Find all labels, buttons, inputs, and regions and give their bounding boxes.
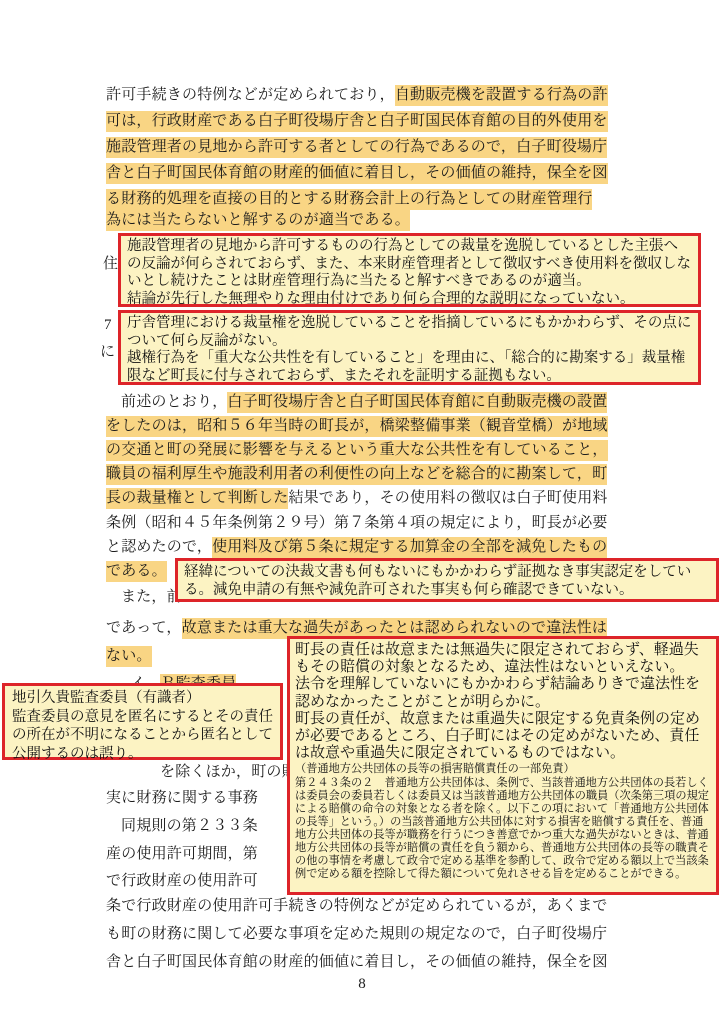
plain-text: 結果であり，その使用料の徴収は白子町使用料 <box>288 490 607 506</box>
highlighted-text: 舎と白子町国民体育館の財産的価値に着目し，その価値の維持，保全を図 <box>106 163 608 184</box>
annotation-box-discretion-rebuttal: 施設管理者の見地から許可するものの行為としての裁量を逸脱しているとした主張への反… <box>118 233 701 307</box>
annotation-text: 経緯についての決裁文書も何もないにもかかわらず証拠なき事実認定をしている。減免申… <box>178 561 716 601</box>
highlighted-text: ない。 <box>106 646 152 667</box>
annotation-box-no-documents: 経緯についての決裁文書も何もないにもかかわらず証拠なき事実認定をしている。減免申… <box>175 558 719 602</box>
text-line: 条で行政財産の使用許可手続きの特例などが定められているが，あくまで <box>106 897 608 916</box>
plain-text: 舎と白子町国民体育館の財産的価値に着目し，その価値の維持，保全を図 <box>106 954 608 970</box>
document-page: 許可手続きの特例などが定められており，自動販売機を設置する行為の許可は，行政財産… <box>0 0 724 1023</box>
text-line: 許可手続きの特例などが定められており，自動販売機を設置する行為の許 <box>106 86 608 105</box>
plain-text: で行政財産の使用許可 <box>106 873 258 889</box>
highlighted-text: 自動販売機を設置する行為の許 <box>395 85 608 106</box>
text-line: 7 <box>104 316 112 335</box>
plain-text: 条で行政財産の使用許可手続きの特例などが定められているが，あくまで <box>106 898 608 914</box>
plain-text: と認めたので， <box>106 539 212 555</box>
annotation-text: 庁舎管理における裁量権を逸脱していることを指摘しているにもかかわらず、その点につ… <box>121 313 698 387</box>
highlighted-text: 可は，行政財産である白子町役場庁舎と白子町国民体育館の目的外使用を <box>106 111 608 132</box>
highlighted-text: 職員の福利厚生や施設利用者の利便性の向上などを総合的に勘案して，町 <box>106 464 607 485</box>
annotation-text: 施設管理者の見地から許可するものの行為としての裁量を逸脱しているとした主張への反… <box>121 236 698 310</box>
annotation-box-mayor-liability: 町長の責任は故意または無過失に限定されておらず、軽過失もその賠償の対象となるため… <box>287 636 719 895</box>
plain-text: 条例（昭和４５年条例第２９号）第７条第４項の規定により，町長が必要 <box>106 515 608 531</box>
annotation-text-statute-quote: （普通地方公共団体の長等の損害賠償責任の一部免責） 第２４３条の２ 普通地方公共… <box>290 762 716 881</box>
text-line: で行政財産の使用許可 <box>106 872 258 891</box>
highlighted-text: る財務的処理を直接の目的とする財務会計上の行為としての財産管理行 <box>106 189 592 210</box>
text-line: も町の財務に関して必要な事項を定めた規則の規定なので，白子町役場庁 <box>106 925 607 944</box>
text-line: の交通と町の発展に影響を与えるという重大な公共性を有していること， <box>106 441 608 460</box>
highlighted-text: 使用料及び第５条に規定する加算金の全部を減免したもの <box>212 537 607 558</box>
text-line: ない。 <box>106 647 152 666</box>
text-line: 長の裁量権として判断した結果であり，その使用料の徴収は白子町使用料 <box>106 489 608 508</box>
highlighted-text: の交通と町の発展に影響を与えるという重大な公共性を有していること， <box>106 440 608 461</box>
highlighted-text: である。 <box>106 561 167 582</box>
page-number: 8 <box>0 976 724 993</box>
text-line: 舎と白子町国民体育館の財産的価値に着目し，その価値の維持，保全を図 <box>106 164 608 183</box>
plain-text: 住 <box>103 256 118 272</box>
text-line: る財務的処理を直接の目的とする財務会計上の行為としての財産管理行 <box>106 190 592 209</box>
annotation-box-auditor-anonymity: 地引久貴監査委員（有識者） 監査委員の意見を匿名にするとその責任の所在が不明にな… <box>2 683 283 760</box>
text-line: 職員の福利厚生や施設利用者の利便性の向上などを総合的に勘案して，町 <box>106 465 607 484</box>
plain-text: 実に財務に関する事務 <box>106 790 258 806</box>
plain-text: 前述のとおり， <box>121 394 227 410</box>
text-line: 為には当たらないと解するのが適当である。 <box>106 211 410 230</box>
text-line: 産の使用許可期間，第 <box>106 845 258 864</box>
plain-text: であって， <box>106 620 182 636</box>
plain-text: また，前 <box>121 589 182 605</box>
text-line: と認めたので，使用料及び第５条に規定する加算金の全部を減免したもの <box>106 538 607 557</box>
plain-text: 許可手続きの特例などが定められており， <box>106 87 395 103</box>
highlighted-text: 白子町役場庁舎と白子町国民体育館に自動販売機の設置 <box>227 392 607 413</box>
plain-text: 同規則の第２３３条 <box>121 818 258 834</box>
annotation-text-main: 町長の責任は故意または無過失に限定されておらず、軽過失もその賠償の対象となるため… <box>290 639 716 762</box>
highlighted-text: をしたのは，昭和５６年当時の町長が，橋梁整備事業（観音堂橋）が地域 <box>106 416 608 437</box>
text-line: また，前 <box>121 588 182 607</box>
highlighted-text: 長の裁量権として判断した <box>106 488 288 509</box>
text-line: をしたのは，昭和５６年当時の町長が，橋梁整備事業（観音堂橋）が地域 <box>106 417 608 436</box>
plain-text: も町の財務に関して必要な事項を定めた規則の規定なので，白子町役場庁 <box>106 926 607 942</box>
text-line: 可は，行政財産である白子町役場庁舎と白子町国民体育館の目的外使用を <box>106 112 608 131</box>
text-line: 住 <box>103 255 118 274</box>
plain-text: 7 <box>104 317 112 333</box>
text-line: 施設管理者の見地から許可する者としての行為であるので，白子町役場庁 <box>106 138 607 157</box>
text-line: 舎と白子町国民体育館の財産的価値に着目し，その価値の維持，保全を図 <box>106 953 608 972</box>
highlighted-text: 為には当たらないと解するのが適当である。 <box>106 210 410 231</box>
text-line: 同規則の第２３３条 <box>121 817 258 836</box>
text-line: 実に財務に関する事務 <box>106 789 258 808</box>
plain-text: に <box>100 344 115 360</box>
text-line: に <box>100 343 115 362</box>
annotation-text: 地引久貴監査委員（有識者） 監査委員の意見を匿名にするとその責任の所在が不明にな… <box>5 686 280 766</box>
text-line: である。 <box>106 562 167 581</box>
text-line: 条例（昭和４５年条例第２９号）第７条第４項の規定により，町長が必要 <box>106 514 608 533</box>
annotation-box-overreach: 庁舎管理における裁量権を逸脱していることを指摘しているにもかかわらず、その点につ… <box>118 310 701 385</box>
text-line: 前述のとおり，白子町役場庁舎と白子町国民体育館に自動販売機の設置 <box>121 393 607 412</box>
highlighted-text: 施設管理者の見地から許可する者としての行為であるので，白子町役場庁 <box>106 137 607 158</box>
plain-text: 産の使用許可期間，第 <box>106 846 258 862</box>
